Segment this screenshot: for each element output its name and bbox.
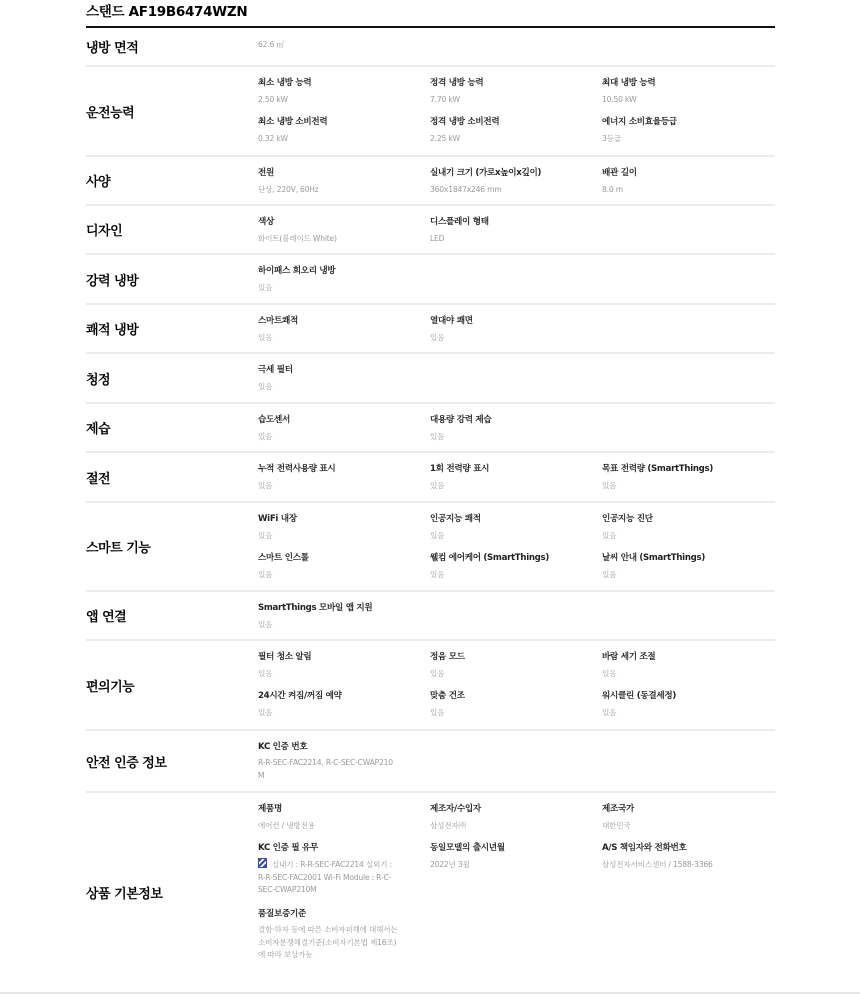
spec-item: SmartThings 모바일 앱 지원있음 xyxy=(258,602,430,641)
spec-value: 있음 xyxy=(602,707,775,719)
spec-item: 하이패스 회오리 냉방있음 xyxy=(258,265,430,304)
spec-item: 1회 전력량 표시있음 xyxy=(430,463,602,502)
spec-value: 2.25 kW xyxy=(430,133,602,145)
spec-value: 있음 xyxy=(602,480,775,492)
category-label: 쾌적 냉방 xyxy=(86,305,258,352)
spec-item: 정격 냉방 능력7.70 kW xyxy=(430,77,602,116)
spec-value: 8.0 m xyxy=(602,184,775,196)
spec-value: 있음 xyxy=(258,668,430,680)
spec-item: 배관 길이8.0 m xyxy=(602,167,775,206)
spec-value: 단상, 220V, 60Hz xyxy=(258,184,430,196)
spec-label: WiFi 내장 xyxy=(258,513,430,525)
spec-row-safety-certification: 안전 인증 정보 KC 인증 번호 R-R-SEC-FAC2214, R-C-S… xyxy=(86,731,775,793)
spec-row-basic-info: 상품 기본정보 제품명에어컨 / 냉방전용 제조자/수입자삼성전자㈜ 제조국가대… xyxy=(86,793,775,992)
spec-label: 목표 전력량 (SmartThings) xyxy=(602,463,775,475)
spec-item: 열대야 쾌면있음 xyxy=(430,315,602,354)
spec-item: 대용량 강력 제습있음 xyxy=(430,414,602,453)
spec-label: 습도센서 xyxy=(258,414,430,426)
spec-item: 웰컴 에어케어 (SmartThings)있음 xyxy=(430,552,602,591)
spec-value: 있음 xyxy=(430,530,602,542)
spec-label: 정격 냉방 소비전력 xyxy=(430,116,602,128)
spec-item: 최대 냉방 능력10.50 kW xyxy=(602,77,775,116)
product-title: 스탠드 AF19B6474WZN xyxy=(86,0,775,28)
spec-items: 62.6 ㎡ xyxy=(258,28,775,65)
spec-item: 스마트쾌적있음 xyxy=(258,315,430,354)
spec-value: 62.6 ㎡ xyxy=(258,39,430,51)
spec-row-dehumidify: 제습 습도센서있음 대용량 강력 제습있음 xyxy=(86,404,775,453)
spec-item: 최소 냉방 소비전력0.32 kW xyxy=(258,116,430,155)
spec-value: 있음 xyxy=(430,480,602,492)
spec-label: 대용량 강력 제습 xyxy=(430,414,602,426)
kc-mark-icon xyxy=(258,858,267,868)
category-label: 절전 xyxy=(86,453,258,501)
category-label: 편의기능 xyxy=(86,641,258,729)
spec-value: 에어컨 / 냉방전용 xyxy=(258,820,430,832)
spec-item: 목표 전력량 (SmartThings)있음 xyxy=(602,463,775,502)
spec-item: 정격 냉방 소비전력2.25 kW xyxy=(430,116,602,155)
spec-items: 습도센서있음 대용량 강력 제습있음 xyxy=(258,404,775,451)
spec-item: KC 인증 번호 R-R-SEC-FAC2214, R-C-SEC-CWAP21… xyxy=(258,741,430,782)
spec-row-cooling-area: 냉방 면적 62.6 ㎡ xyxy=(86,28,775,67)
spec-value: 있음 xyxy=(430,569,602,581)
spec-label: 동일모델의 출시년월 xyxy=(430,842,602,854)
category-label: 상품 기본정보 xyxy=(86,793,258,992)
spec-items: 최소 냉방 능력2.50 kW 정격 냉방 능력7.70 kW 최대 냉방 능력… xyxy=(258,67,775,155)
spec-label: 최소 냉방 소비전력 xyxy=(258,116,430,128)
spec-items: 누적 전력사용량 표시있음 1회 전력량 표시있음 목표 전력량 (SmartT… xyxy=(258,453,775,501)
spec-label: 인공지능 쾌적 xyxy=(430,513,602,525)
spec-value: 있음 xyxy=(430,707,602,719)
spec-items: 제품명에어컨 / 냉방전용 제조자/수입자삼성전자㈜ 제조국가대한민국 KC 인… xyxy=(258,793,775,992)
spec-value: 화이트(블레이드 White) xyxy=(258,233,430,245)
spec-item: 제조자/수입자삼성전자㈜ xyxy=(430,803,602,842)
spec-item: 제조국가대한민국 xyxy=(602,803,775,842)
spec-item: 스마트 인스톨있음 xyxy=(258,552,430,591)
spec-value: 있음 xyxy=(258,707,430,719)
spec-item: 워시클린 (동결세정)있음 xyxy=(602,690,775,729)
spec-item: A/S 책임자와 전화번호삼성전자서비스센터 / 1588-3366 xyxy=(602,842,775,908)
spec-row-purification: 청정 극세 필터있음 xyxy=(86,354,775,404)
spec-value: 360x1847x246 mm xyxy=(430,184,602,196)
spec-label: 1회 전력량 표시 xyxy=(430,463,602,475)
spec-label: KC 인증 번호 xyxy=(258,741,430,753)
spec-label: A/S 책임자와 전화번호 xyxy=(602,842,775,854)
spec-label: 제품명 xyxy=(258,803,430,815)
spec-value: 0.32 kW xyxy=(258,133,430,145)
category-label: 냉방 면적 xyxy=(86,28,258,65)
spec-label: 최대 냉방 능력 xyxy=(602,77,775,89)
spec-value: 있음 xyxy=(430,431,602,443)
spec-value: R-R-SEC-FAC2214, R-C-SEC-CWAP210M xyxy=(258,757,398,782)
spec-item: 색상화이트(블레이드 White) xyxy=(258,216,430,255)
spec-label: 실내기 크기 (가로x높이x깊이) xyxy=(430,167,602,179)
spec-value: 있음 xyxy=(258,332,430,344)
spec-label: 정음 모드 xyxy=(430,651,602,663)
spec-label: 스마트쾌적 xyxy=(258,315,430,327)
spec-item: 동일모델의 출시년월2022년 3월 xyxy=(430,842,602,908)
spec-label: 극세 필터 xyxy=(258,364,430,376)
spec-row-power-cooling: 강력 냉방 하이패스 회오리 냉방있음 xyxy=(86,255,775,305)
spec-label: 바람 세기 조절 xyxy=(602,651,775,663)
spec-value: 있음 xyxy=(430,332,602,344)
spec-value: 있음 xyxy=(602,668,775,680)
spec-label: 날씨 안내 (SmartThings) xyxy=(602,552,775,564)
spec-value: 있음 xyxy=(430,668,602,680)
spec-value: 있음 xyxy=(258,282,430,294)
spec-value: 있음 xyxy=(258,431,430,443)
spec-items: SmartThings 모바일 앱 지원있음 xyxy=(258,592,775,639)
spec-value: 있음 xyxy=(258,619,430,631)
spec-label: 웰컴 에어케어 (SmartThings) xyxy=(430,552,602,564)
category-label: 앱 연결 xyxy=(86,592,258,639)
spec-row-comfort-cooling: 쾌적 냉방 스마트쾌적있음 열대야 쾌면있음 xyxy=(86,305,775,354)
category-label: 디자인 xyxy=(86,206,258,253)
spec-item: 습도센서있음 xyxy=(258,414,430,453)
spec-item: KC 인증 필 유무 실내기 : R-R-SEC-FAC2214 실외기 : R… xyxy=(258,842,430,908)
category-label: 안전 인증 정보 xyxy=(86,731,258,791)
spec-label: 제조자/수입자 xyxy=(430,803,602,815)
spec-label: 워시클린 (동결세정) xyxy=(602,690,775,702)
spec-row-convenience: 편의기능 필터 청소 알림있음 정음 모드있음 바람 세기 조절있음 24시간 … xyxy=(86,641,775,731)
spec-table: 스탠드 AF19B6474WZN 냉방 면적 62.6 ㎡ 운전능력 최소 냉방… xyxy=(86,0,775,992)
spec-value: 있음 xyxy=(258,480,430,492)
spec-item: 인공지능 진단있음 xyxy=(602,513,775,552)
spec-label: 제조국가 xyxy=(602,803,775,815)
spec-items: 전원단상, 220V, 60Hz 실내기 크기 (가로x높이x깊이)360x18… xyxy=(258,157,775,204)
spec-items: WiFi 내장있음 인공지능 쾌적있음 인공지능 진단있음 스마트 인스톨있음 … xyxy=(258,503,775,590)
spec-value-container: 실내기 : R-R-SEC-FAC2214 실외기 : R-R-SEC-FAC2… xyxy=(258,858,398,897)
spec-items: 스마트쾌적있음 열대야 쾌면있음 xyxy=(258,305,775,352)
spec-items: 하이패스 회오리 냉방있음 xyxy=(258,255,775,303)
spec-value: 실내기 : R-R-SEC-FAC2214 실외기 : R-R-SEC-FAC2… xyxy=(258,860,392,894)
category-label: 스마트 기능 xyxy=(86,503,258,590)
spec-items: 색상화이트(블레이드 White) 디스플레이 형태LED xyxy=(258,206,775,253)
category-label: 제습 xyxy=(86,404,258,451)
spec-item: 24시간 켜짐/꺼짐 예약있음 xyxy=(258,690,430,729)
spec-label: 스마트 인스톨 xyxy=(258,552,430,564)
spec-item: 맞춤 건조있음 xyxy=(430,690,602,729)
spec-label: 인공지능 진단 xyxy=(602,513,775,525)
spec-label: 디스플레이 형태 xyxy=(430,216,602,228)
spec-items: 극세 필터있음 xyxy=(258,354,775,402)
category-label: 운전능력 xyxy=(86,67,258,155)
spec-label: 색상 xyxy=(258,216,430,228)
spec-value: 3등급 xyxy=(602,133,775,145)
spec-label: 품질보증기준 xyxy=(258,908,430,920)
spec-label: 24시간 켜짐/꺼짐 예약 xyxy=(258,690,430,702)
spec-item: 인공지능 쾌적있음 xyxy=(430,513,602,552)
spec-value: LED xyxy=(430,233,602,245)
spec-label: KC 인증 필 유무 xyxy=(258,842,430,854)
spec-value: 대한민국 xyxy=(602,820,775,832)
spec-label: 정격 냉방 능력 xyxy=(430,77,602,89)
spec-items: KC 인증 번호 R-R-SEC-FAC2214, R-C-SEC-CWAP21… xyxy=(258,731,775,791)
spec-item: 누적 전력사용량 표시있음 xyxy=(258,463,430,502)
spec-items: 필터 청소 알림있음 정음 모드있음 바람 세기 조절있음 24시간 켜짐/꺼짐… xyxy=(258,641,775,729)
spec-label: 필터 청소 알림 xyxy=(258,651,430,663)
category-label: 사양 xyxy=(86,157,258,204)
spec-label: 맞춤 건조 xyxy=(430,690,602,702)
spec-item: 제품명에어컨 / 냉방전용 xyxy=(258,803,430,842)
spec-value: 삼성전자㈜ xyxy=(430,820,602,832)
spec-item: 필터 청소 알림있음 xyxy=(258,651,430,690)
category-label: 청정 xyxy=(86,354,258,402)
spec-row-design: 디자인 색상화이트(블레이드 White) 디스플레이 형태LED xyxy=(86,206,775,255)
spec-item: 정음 모드있음 xyxy=(430,651,602,690)
spec-value: 10.50 kW xyxy=(602,94,775,106)
spec-item: 디스플레이 형태LED xyxy=(430,216,602,255)
spec-value: 있음 xyxy=(602,569,775,581)
category-label: 강력 냉방 xyxy=(86,255,258,303)
spec-value: 2022년 3월 xyxy=(430,859,602,871)
spec-value: 있음 xyxy=(258,530,430,542)
spec-item: 에너지 소비효율등급3등급 xyxy=(602,116,775,155)
spec-item: 극세 필터있음 xyxy=(258,364,430,403)
spec-row-smart-features: 스마트 기능 WiFi 내장있음 인공지능 쾌적있음 인공지능 진단있음 스마트… xyxy=(86,503,775,592)
spec-label: 배관 길이 xyxy=(602,167,775,179)
spec-item: 실내기 크기 (가로x높이x깊이)360x1847x246 mm xyxy=(430,167,602,206)
spec-label: 전원 xyxy=(258,167,430,179)
spec-label: 누적 전력사용량 표시 xyxy=(258,463,430,475)
spec-value: 결함·하자 등에 따른 소비자피해에 대해서는 소비자분쟁해결기준(소비자기본법… xyxy=(258,924,400,962)
spec-row-app-connection: 앱 연결 SmartThings 모바일 앱 지원있음 xyxy=(86,592,775,641)
spec-label: 에너지 소비효율등급 xyxy=(602,116,775,128)
spec-value: 삼성전자서비스센터 / 1588-3366 xyxy=(602,859,775,871)
spec-item: 품질보증기준 결함·하자 등에 따른 소비자피해에 대해서는 소비자분쟁해결기준… xyxy=(258,908,430,962)
spec-item: 날씨 안내 (SmartThings)있음 xyxy=(602,552,775,591)
spec-value: 있음 xyxy=(258,569,430,581)
spec-label: 하이패스 회오리 냉방 xyxy=(258,265,430,277)
spec-item: 전원단상, 220V, 60Hz xyxy=(258,167,430,206)
spec-value: 있음 xyxy=(258,381,430,393)
spec-label: SmartThings 모바일 앱 지원 xyxy=(258,602,430,614)
spec-row-performance: 운전능력 최소 냉방 능력2.50 kW 정격 냉방 능력7.70 kW 최대 … xyxy=(86,67,775,157)
spec-value: 2.50 kW xyxy=(258,94,430,106)
spec-row-specification: 사양 전원단상, 220V, 60Hz 실내기 크기 (가로x높이x깊이)360… xyxy=(86,157,775,206)
spec-item: 62.6 ㎡ xyxy=(258,39,430,51)
spec-item: WiFi 내장있음 xyxy=(258,513,430,552)
spec-label: 열대야 쾌면 xyxy=(430,315,602,327)
spec-label: 최소 냉방 능력 xyxy=(258,77,430,89)
spec-value: 있음 xyxy=(602,530,775,542)
spec-item: 바람 세기 조절있음 xyxy=(602,651,775,690)
spec-value: 7.70 kW xyxy=(430,94,602,106)
spec-row-power-saving: 절전 누적 전력사용량 표시있음 1회 전력량 표시있음 목표 전력량 (Sma… xyxy=(86,453,775,503)
spec-item: 최소 냉방 능력2.50 kW xyxy=(258,77,430,116)
